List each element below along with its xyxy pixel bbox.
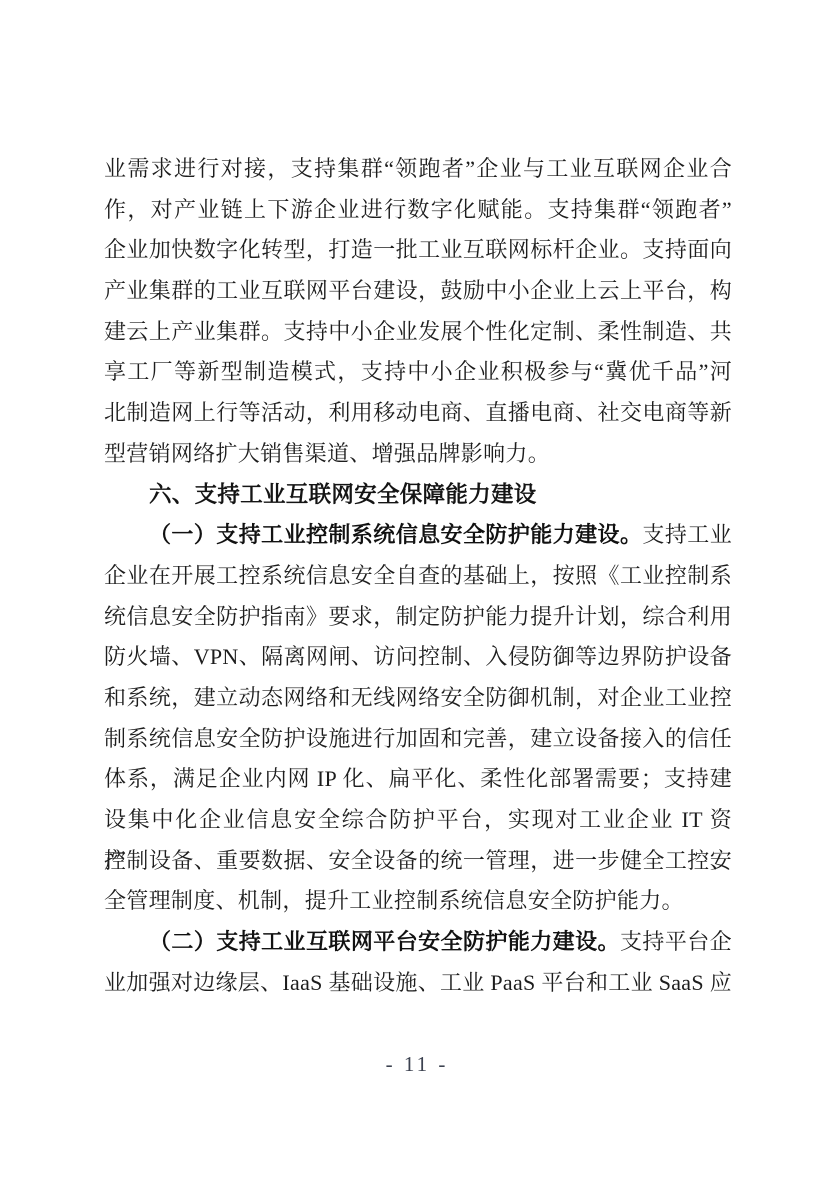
document-page: 业需求进行对接，支持集群“领跑者”企业与工业互联网企业合 作，对产业链上下游企业… xyxy=(0,0,834,1180)
text-line: 体系，满足企业内网 IP 化、扁平化、柔性化部署需要；支持建 xyxy=(104,759,732,800)
text-line: 统信息安全防护指南》要求，制定防护能力提升计划，综合利用 xyxy=(104,597,732,638)
text-line: 业需求进行对接，支持集群“领跑者”企业与工业互联网企业合 xyxy=(104,149,732,190)
text-line: 控制设备、重要数据、安全设备的统一管理，进一步健全工控安 xyxy=(104,841,732,882)
text-line: （二）支持工业互联网平台安全防护能力建设。支持平台企 xyxy=(104,922,732,963)
page-number: - 11 - xyxy=(0,1044,834,1084)
subsection-lead-bold: （一）支持工业控制系统信息安全防护能力建设。 xyxy=(149,522,642,547)
text-line: 防火墙、VPN、隔离网闸、访问控制、入侵防御等边界防护设备 xyxy=(104,637,732,678)
text-line-rest: 支持工业 xyxy=(642,522,732,547)
text-line: 设集中化企业信息安全综合防护平台，实现对工业企业 IT 资产、 xyxy=(104,800,732,841)
subsection-lead-bold: （二）支持工业互联网平台安全防护能力建设。 xyxy=(149,929,620,954)
text-line: 企业在开展工控系统信息安全自查的基础上，按照《工业控制系 xyxy=(104,556,732,597)
text-line: 企业加快数字化转型，打造一批工业互联网标杆企业。支持面向 xyxy=(104,230,732,271)
text-line: 北制造网上行等活动，利用移动电商、直播电商、社交电商等新 xyxy=(104,393,732,434)
text-line: （一）支持工业控制系统信息安全防护能力建设。支持工业 xyxy=(104,515,732,556)
text-line: 产业集群的工业互联网平台建设，鼓励中小企业上云上平台，构 xyxy=(104,271,732,312)
text-line: 建云上产业集群。支持中小企业发展个性化定制、柔性制造、共 xyxy=(104,312,732,353)
text-line: 全管理制度、机制，提升工业控制系统信息安全防护能力。 xyxy=(104,881,732,922)
text-line: 制系统信息安全防护设施进行加固和完善，建立设备接入的信任 xyxy=(104,719,732,760)
section-heading: 六、支持工业互联网安全保障能力建设 xyxy=(104,475,732,516)
text-line: 型营销网络扩大销售渠道、增强品牌影响力。 xyxy=(104,434,732,475)
document-text-block: 业需求进行对接，支持集群“领跑者”企业与工业互联网企业合 作，对产业链上下游企业… xyxy=(104,149,732,1003)
text-line: 和系统，建立动态网络和无线网络安全防御机制，对企业工业控 xyxy=(104,678,732,719)
text-line-rest: 支持平台企 xyxy=(620,929,732,954)
text-line: 享工厂等新型制造模式，支持中小企业积极参与“冀优千品”河 xyxy=(104,352,732,393)
text-line: 业加强对边缘层、IaaS 基础设施、工业 PaaS 平台和工业 SaaS 应 xyxy=(104,963,732,1004)
text-line: 作，对产业链上下游企业进行数字化赋能。支持集群“领跑者” xyxy=(104,190,732,231)
